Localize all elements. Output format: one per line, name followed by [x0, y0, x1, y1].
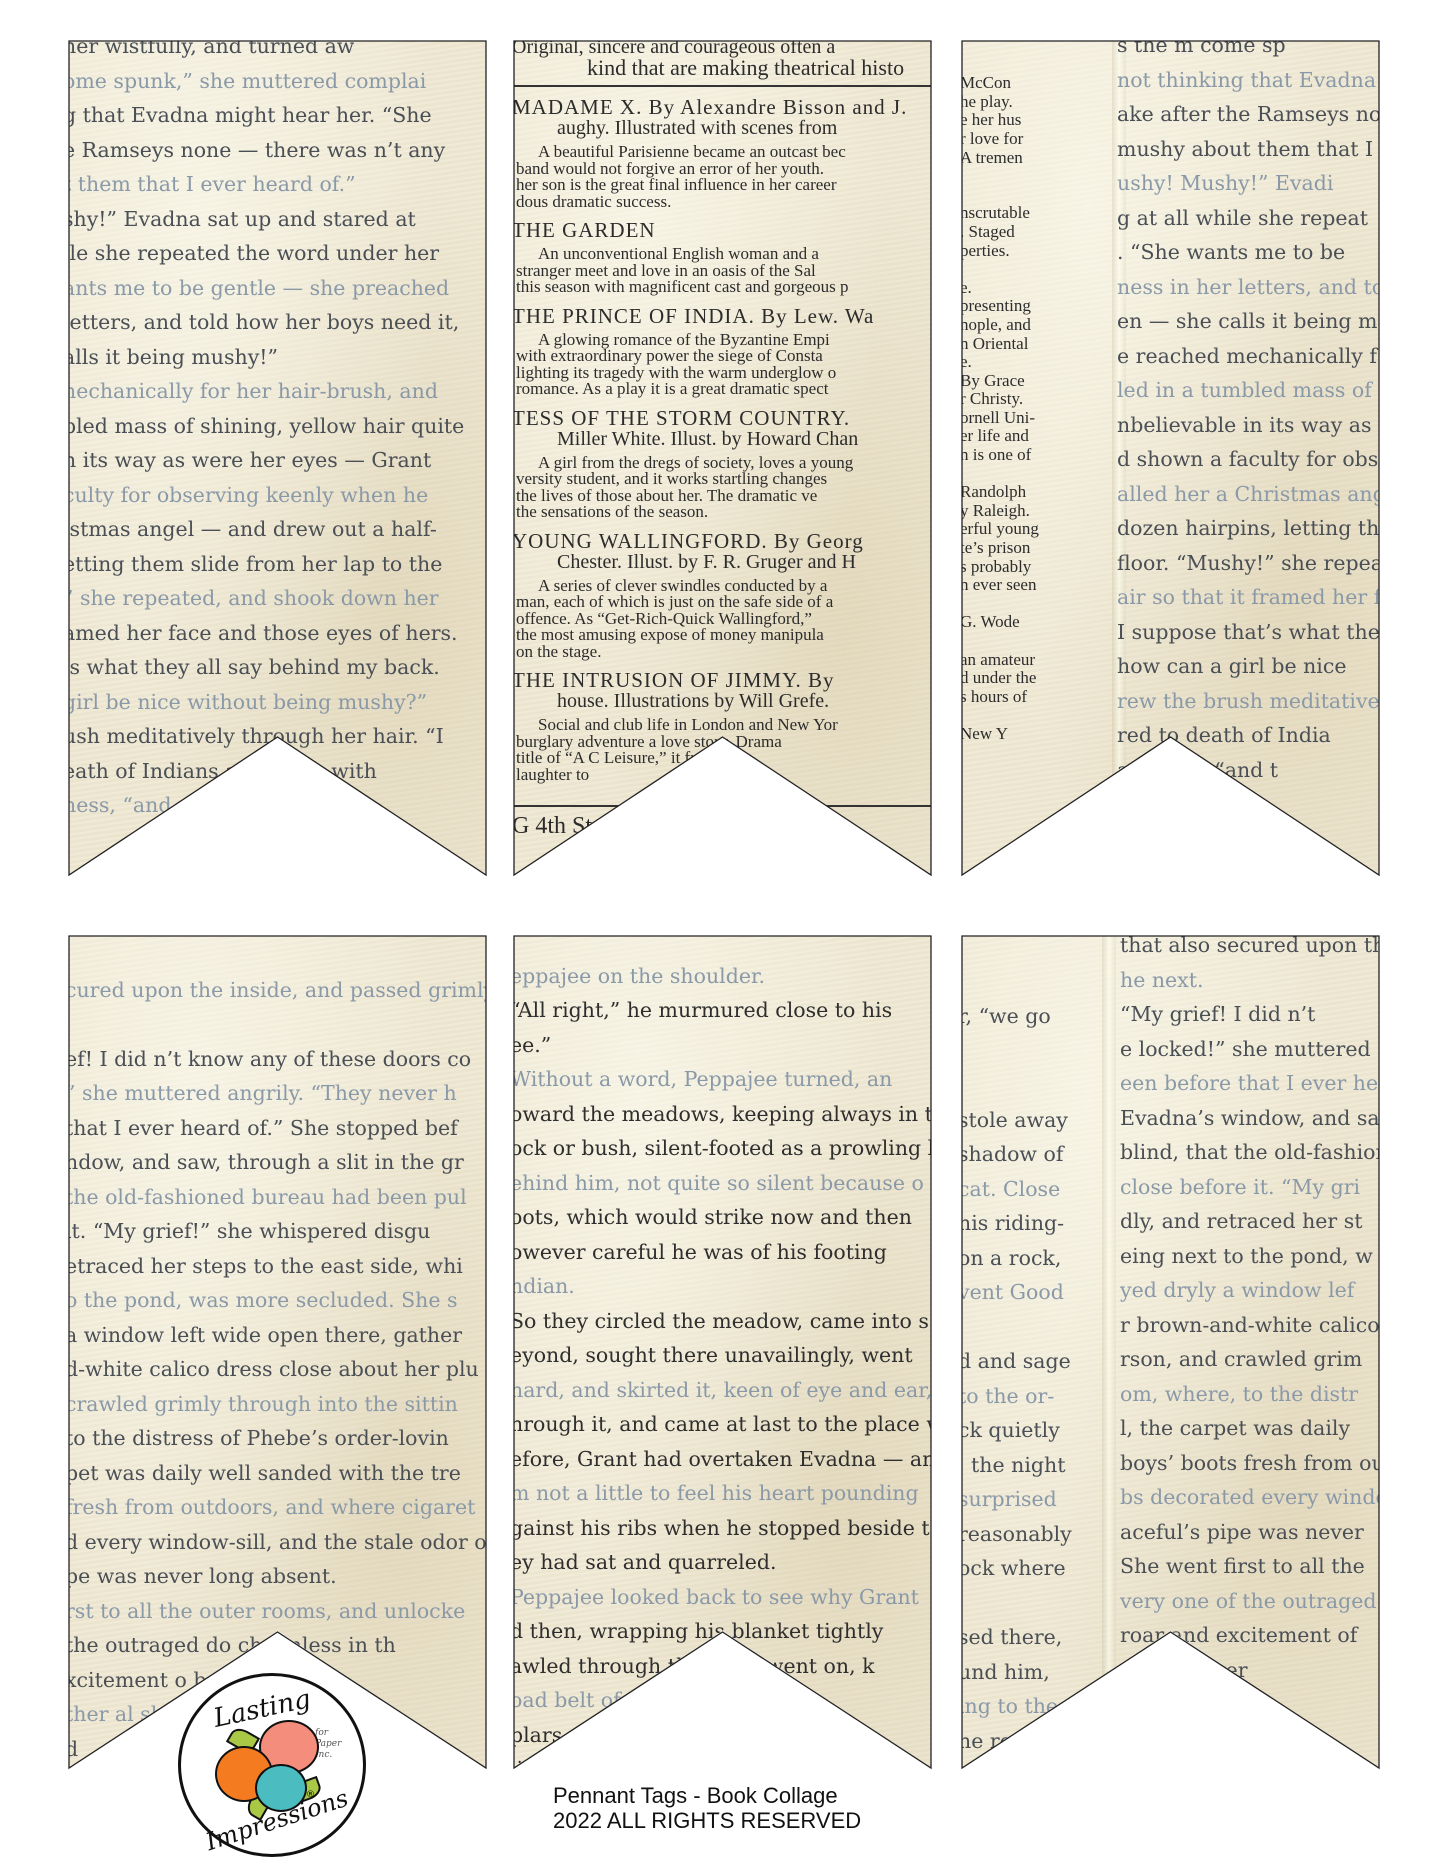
pennant-bottom-left: cured upon the inside, and passed grimly…: [69, 936, 486, 1768]
news-line: erful young: [962, 520, 1039, 539]
listing-entry: YOUNG WALLINGFORD. By GeorgChester. Illu…: [514, 530, 931, 661]
text-line: Without a word, Peppajee turned, an: [514, 1062, 931, 1097]
text-line: [514, 936, 931, 959]
text-line: etraced her steps to the east side, whi: [69, 1249, 486, 1284]
text-line: istmas angel — and drew out a half-: [69, 512, 486, 547]
news-line: e.: [962, 353, 1039, 372]
news-line: [962, 41, 1039, 56]
text-line: the old-fashioned bureau had been pul: [69, 1180, 486, 1215]
listing-entry: THE PRINCE OF INDIA. By Lew. WaA glowing…: [514, 305, 931, 398]
text-line: I suppose that’s what they: [1117, 615, 1379, 650]
text-line: [962, 1034, 1072, 1069]
listing-body-line: romance. As a play it is a great dramati…: [516, 381, 931, 398]
lasting-impressions-logo: Lasting for Paper Inc. ® Impressions: [178, 1673, 366, 1857]
text-line: “My grief! I did n’t: [1120, 997, 1379, 1032]
book-column-left: r, “we gostole awayshadow ofcat. Closehi…: [962, 936, 1072, 1768]
text-line: culty for observing keenly when he: [69, 478, 486, 513]
header-line: kind that are making theatrical histo: [514, 57, 931, 79]
listing-byline: Miller White. Illust. by Howard Chan: [514, 429, 931, 450]
news-line: nscrutable: [962, 204, 1039, 223]
pennant-text: eppajee on the shoulder.“All right,” he …: [514, 936, 931, 1768]
pennant-text: cured upon the inside, and passed grimly…: [69, 938, 486, 1766]
text-line: fresh from outdoors, and where cigaret: [69, 1490, 486, 1525]
text-line: floor. “Mushy!” she repeate: [1117, 546, 1379, 581]
listing-entry: THE INTRUSION OF JIMMY. Byhouse. Illustr…: [514, 669, 931, 783]
text-line: g at all while she repeat: [1117, 201, 1379, 236]
text-line: oward the meadows, keeping always in t: [514, 1097, 931, 1132]
divider: [514, 85, 931, 87]
text-line: n its way as were her eyes — Grant: [69, 443, 486, 478]
text-line: ing to the: [962, 1689, 1072, 1724]
text-line: ey had sat and quarreled.: [514, 1545, 931, 1580]
text-line: rson, and crawled grim: [1120, 1342, 1379, 1377]
text-line: ther all over: [1120, 1653, 1379, 1688]
news-line: r love for: [962, 130, 1039, 149]
logo-tagline: for Paper Inc.: [315, 1728, 349, 1761]
news-line: McCon: [962, 74, 1039, 93]
listing-byline: house. Illustrations by Will Grefe.: [514, 691, 931, 712]
listing-entry: MADAME X. By Alexandre Bisson and J.augh…: [514, 96, 931, 210]
text-line: etting them slide from her lap to the: [69, 547, 486, 582]
text-line: ock or bush, silent-footed as a prowling…: [514, 1131, 931, 1166]
text-line: [69, 938, 486, 973]
text-line: She went first to all the: [1120, 1549, 1379, 1584]
news-line: [962, 167, 1039, 186]
text-line: aceful’s pipe was never: [1120, 1515, 1379, 1550]
news-line: d under the: [962, 669, 1039, 688]
news-line: Randolph: [962, 483, 1039, 502]
listing-body-line: on the stage.: [516, 644, 931, 661]
news-line: te’s prison: [962, 539, 1039, 558]
text-line: oad belt of the ground b: [514, 1683, 931, 1718]
text-line: ants me to be gentle — she preached: [69, 271, 486, 306]
listing-byline: aughy. Illustrated with scenes from: [514, 118, 931, 139]
news-line: By Grace: [962, 372, 1039, 391]
text-line: ock where: [962, 1551, 1072, 1586]
news-line: [962, 632, 1039, 651]
text-line: o the pond, was more secluded. She s: [69, 1283, 486, 1318]
text-line: oots, which would strike now and then: [514, 1200, 931, 1235]
text-line: [962, 1310, 1072, 1345]
text-line: [962, 1586, 1072, 1621]
pennant-bottom-center: eppajee on the shoulder.“All right,” he …: [514, 936, 931, 1768]
news-line: [962, 595, 1039, 614]
text-line: ake after the Ramseys nor: [1117, 97, 1379, 132]
text-line: bs decorated every windo: [1120, 1480, 1379, 1515]
news-line: n ever seen: [962, 576, 1039, 595]
news-line: y Raleigh.: [962, 502, 1039, 521]
text-line: en — she calls it being m: [1117, 304, 1379, 339]
text-line: [69, 1007, 486, 1042]
news-line: e her hus: [962, 111, 1039, 130]
text-line: e reached mechanically f: [1117, 339, 1379, 374]
text-line: d every window-sill, and the stale odor …: [69, 1525, 486, 1560]
text-line: roar and excitement of: [1120, 1618, 1379, 1653]
text-line: ome spunk,” she muttered complai: [69, 64, 486, 99]
text-line: to the or-: [962, 1379, 1072, 1414]
news-line: presenting: [962, 297, 1039, 316]
listing-title: THE INTRUSION OF JIMMY. By: [514, 669, 931, 691]
text-line: hrough it, and came at last to the place…: [514, 1407, 931, 1442]
text-line: und him,: [962, 1655, 1072, 1690]
text-line: [962, 965, 1072, 1000]
text-line: ” she repeated, and shook down her: [69, 581, 486, 616]
text-line: nbelievable in its way as: [1117, 408, 1379, 443]
text-line: dly, and retraced her st: [1120, 1204, 1379, 1239]
caption-copyright: 2022 ALL RIGHTS RESERVED: [553, 1808, 861, 1833]
text-line: d shown a faculty for obs: [1117, 442, 1379, 477]
text-line: , the night: [962, 1448, 1072, 1483]
text-line: ushy! Mushy!” Evadi: [1117, 166, 1379, 201]
text-line: rst to all the outer rooms, and unlocke: [69, 1594, 486, 1629]
page-caption: Pennant Tags - Book Collage 2022 ALL RIG…: [553, 1783, 861, 1833]
news-line: s probably: [962, 558, 1039, 577]
text-line: surprised: [962, 1482, 1072, 1517]
text-line: ness in her letters, and to: [1117, 270, 1379, 305]
listing-title: YOUNG WALLINGFORD. By Georg: [514, 530, 931, 552]
pennant-text: her wistfully, and turned awome spunk,” …: [69, 41, 486, 823]
text-line: efore, Grant had overtaken Evadna — an: [514, 1442, 931, 1477]
text-line: very one of the outraged: [1120, 1584, 1379, 1619]
news-line: A tremen: [962, 149, 1039, 168]
pennant-top-right: McConhe play.e her husr love forA tremen…: [962, 41, 1379, 875]
text-line: crawled grimly through into the sittin: [69, 1387, 486, 1422]
text-line: that also secured upon the: [1120, 936, 1379, 963]
text-line: led in a tumbled mass of sh: [1117, 373, 1379, 408]
listing-byline: Chester. Illust. by F. R. Gruger and H: [514, 552, 931, 573]
book-column-right: that also secured upon thehe next.“My gr…: [1120, 936, 1379, 1756]
news-line: s hours of: [962, 688, 1039, 707]
text-line: Peppajee looked back to see why Grant: [514, 1580, 931, 1615]
listing-title: THE PRINCE OF INDIA. By Lew. Wa: [514, 305, 931, 327]
news-line: ornell Uni-: [962, 409, 1039, 428]
text-line: red to death of India: [1117, 718, 1379, 753]
news-line: er life and: [962, 427, 1039, 446]
text-line: een before that I ever he: [1120, 1066, 1379, 1101]
text-line: bled mass of shining, yellow hair quite: [69, 409, 486, 444]
text-line: sed there,: [962, 1620, 1072, 1655]
listing-body-line: this season with magnificent cast and go…: [516, 279, 931, 296]
text-line: [962, 1068, 1072, 1103]
text-line: on a rock,: [962, 1241, 1072, 1276]
listing-body-line: laughter to: [516, 767, 931, 784]
news-line: . Staged: [962, 223, 1039, 242]
caption-title: Pennant Tags - Book Collage: [553, 1783, 861, 1808]
news-line: an amateur: [962, 651, 1039, 670]
news-column: McConhe play.e her husr love forA tremen…: [962, 41, 1039, 744]
text-line: ile she repeated the word under her: [69, 236, 486, 271]
text-line: g that Evadna might hear her. “She: [69, 98, 486, 133]
text-line: ef! I did n’t know any of these doors co: [69, 1042, 486, 1077]
text-line: close before it. “My gri: [1120, 1170, 1379, 1205]
news-line: nople, and: [962, 316, 1039, 335]
text-line: “All right,” he murmured close to his: [514, 993, 931, 1028]
text-line: ” she muttered angrily. “They never h: [69, 1076, 486, 1111]
text-line: gainst his ribs when he stopped beside t…: [514, 1511, 931, 1546]
text-line: m not a little to feel his heart poundin…: [514, 1476, 931, 1511]
text-line: he next.: [1120, 963, 1379, 998]
listing-entry: TESS OF THE STORM COUNTRY.Miller White. …: [514, 407, 931, 521]
text-line: ared thr: [1120, 1687, 1379, 1722]
pennant-top-center: Original, sincere and courageous often a…: [514, 41, 931, 875]
text-line: ehind him, not quite so silent because o: [514, 1166, 931, 1201]
text-line: t them that I ever heard of.”: [69, 167, 486, 202]
text-line: amed her face and those eyes of hers.: [69, 616, 486, 651]
news-line: [962, 260, 1039, 279]
text-line: vent Good: [962, 1275, 1072, 1310]
text-line: ck quietly: [962, 1413, 1072, 1448]
text-line: e locked!” she muttered: [1120, 1032, 1379, 1067]
text-line: So they circled the meadow, came into s: [514, 1304, 931, 1339]
text-line: alls it being mushy!”: [69, 340, 486, 375]
text-line: boys’ boots fresh from ou: [1120, 1446, 1379, 1481]
text-line: . “She wants me to be: [1117, 235, 1379, 270]
text-line: nechanically for her hair-brush, and: [69, 374, 486, 409]
text-line: that I ever heard of.” She stopped bef: [69, 1111, 486, 1146]
news-line: e.: [962, 279, 1039, 298]
text-line: r brown-and-white calico: [1120, 1308, 1379, 1343]
torn-edge: [1102, 936, 1116, 1768]
listing-title: TESS OF THE STORM COUNTRY.: [514, 407, 931, 429]
divider: [514, 805, 931, 807]
text-line: owever careful he was of his footing: [514, 1235, 931, 1270]
news-line: [962, 56, 1039, 75]
text-line: plars. bruptly: [514, 1718, 931, 1753]
text-line: ’s what they all say behind my back.: [69, 650, 486, 685]
text-line: d and sage: [962, 1344, 1072, 1379]
text-line: reasonably: [962, 1517, 1072, 1552]
footer-line: G 4th St.: [514, 817, 931, 836]
text-line: how can a girl be nice: [1117, 649, 1379, 684]
text-line: e Ramseys none — there was n’t any: [69, 133, 486, 168]
news-line: n Oriental: [962, 335, 1039, 354]
text-line: cured upon the inside, and passed grimly: [69, 973, 486, 1008]
text-line: eath of Indians admitted, with: [69, 754, 486, 789]
text-line: s the m come sp: [1117, 41, 1379, 63]
text-line: d then, wrapping his blanket tightly: [514, 1614, 931, 1649]
news-line: G. Wode: [962, 613, 1039, 632]
text-line: ay: [1120, 1722, 1379, 1757]
text-line: eing next to the pond, w: [1120, 1239, 1379, 1274]
text-line: ndian.: [514, 1269, 931, 1304]
text-line: mushy about them that I: [1117, 132, 1379, 167]
pennant-bottom-right: r, “we gostole awayshadow ofcat. Closehi…: [962, 936, 1379, 1768]
text-line: awled through th e, and went on, k: [514, 1649, 931, 1684]
text-line: [962, 936, 1072, 965]
text-line: his riding-: [962, 1206, 1072, 1241]
text-line: Evadna’s window, and sa: [1120, 1101, 1379, 1136]
text-line: the outraged do ch, unless in th: [69, 1628, 486, 1663]
news-line: perties.: [962, 242, 1039, 261]
text-line: ndow, and saw, through a slit in the gr: [69, 1145, 486, 1180]
text-line: ness, “and snakes —: [69, 788, 486, 823]
text-line: it. “My grief!” she whispered disgu: [69, 1214, 486, 1249]
text-line: stole away: [962, 1103, 1072, 1138]
text-line: pet was daily well sanded with the tre: [69, 1456, 486, 1491]
listing-body-line: dous dramatic success.: [516, 194, 931, 211]
pennant-top-left: her wistfully, and turned awome spunk,” …: [69, 41, 486, 875]
text-line: blind, that the old-fashion: [1120, 1135, 1379, 1170]
text-line: r, “we go: [962, 999, 1072, 1034]
text-line: cat. Close: [962, 1172, 1072, 1207]
news-line: n is one of: [962, 446, 1039, 465]
text-line: air so that it framed her face: [1117, 580, 1379, 615]
text-line: ee.”: [514, 1028, 931, 1063]
news-line: he play.: [962, 93, 1039, 112]
newspaper-listing: Original, sincere and courageous often a…: [514, 41, 931, 836]
text-line: eppajee on the shoulder.: [514, 959, 931, 994]
text-line: alled her a Christmas angel —: [1117, 477, 1379, 512]
listing-title: THE GARDEN: [514, 219, 931, 241]
text-line: li: [514, 1752, 931, 1768]
news-line: [962, 186, 1039, 205]
text-line: pe was never long absent.: [69, 1559, 486, 1594]
text-line: ush meditatively through her hair. “I: [69, 719, 486, 754]
text-line: letters, and told how her boys need it,: [69, 305, 486, 340]
text-line: shadow of: [962, 1137, 1072, 1172]
news-line: [962, 465, 1039, 484]
text-line: nd bey: [962, 1758, 1072, 1768]
text-line: eyond, sought there unavailingly, went: [514, 1338, 931, 1373]
news-line: r Christy.: [962, 390, 1039, 409]
text-line: he row of: [962, 1724, 1072, 1759]
text-line: to the distress of Phebe’s order-lovin: [69, 1421, 486, 1456]
book-column: s the m come spnot thinking that Evadnaa…: [1117, 41, 1379, 787]
text-line: yed dryly a window lef: [1120, 1273, 1379, 1308]
news-line: New Y: [962, 725, 1039, 744]
text-line: dozen hairpins, letting them sl: [1117, 511, 1379, 546]
text-line: her wistfully, and turned aw: [69, 41, 486, 64]
text-line: girl be nice without being mushy?”: [69, 685, 486, 720]
text-line: hard, and skirted it, keen of eye and ea…: [514, 1373, 931, 1408]
text-line: not thinking that Evadna: [1117, 63, 1379, 98]
listing-body-line: the sensations of the season.: [516, 504, 931, 521]
text-line: om, where, to the distr: [1120, 1377, 1379, 1412]
listing-entry: THE GARDENAn unconventional English woma…: [514, 219, 931, 296]
text-line: d-white calico dress close about her plu: [69, 1352, 486, 1387]
text-line: rew the brush meditativel: [1117, 684, 1379, 719]
news-line: [962, 706, 1039, 725]
text-line: l, the carpet was daily: [1120, 1411, 1379, 1446]
listing-title: MADAME X. By Alexandre Bisson and J.: [514, 96, 931, 118]
text-line: shy!” Evadna sat up and stared at: [69, 202, 486, 237]
text-line: a window left wide open there, gather: [69, 1318, 486, 1353]
text-line: ankness, “and t: [1117, 753, 1379, 788]
